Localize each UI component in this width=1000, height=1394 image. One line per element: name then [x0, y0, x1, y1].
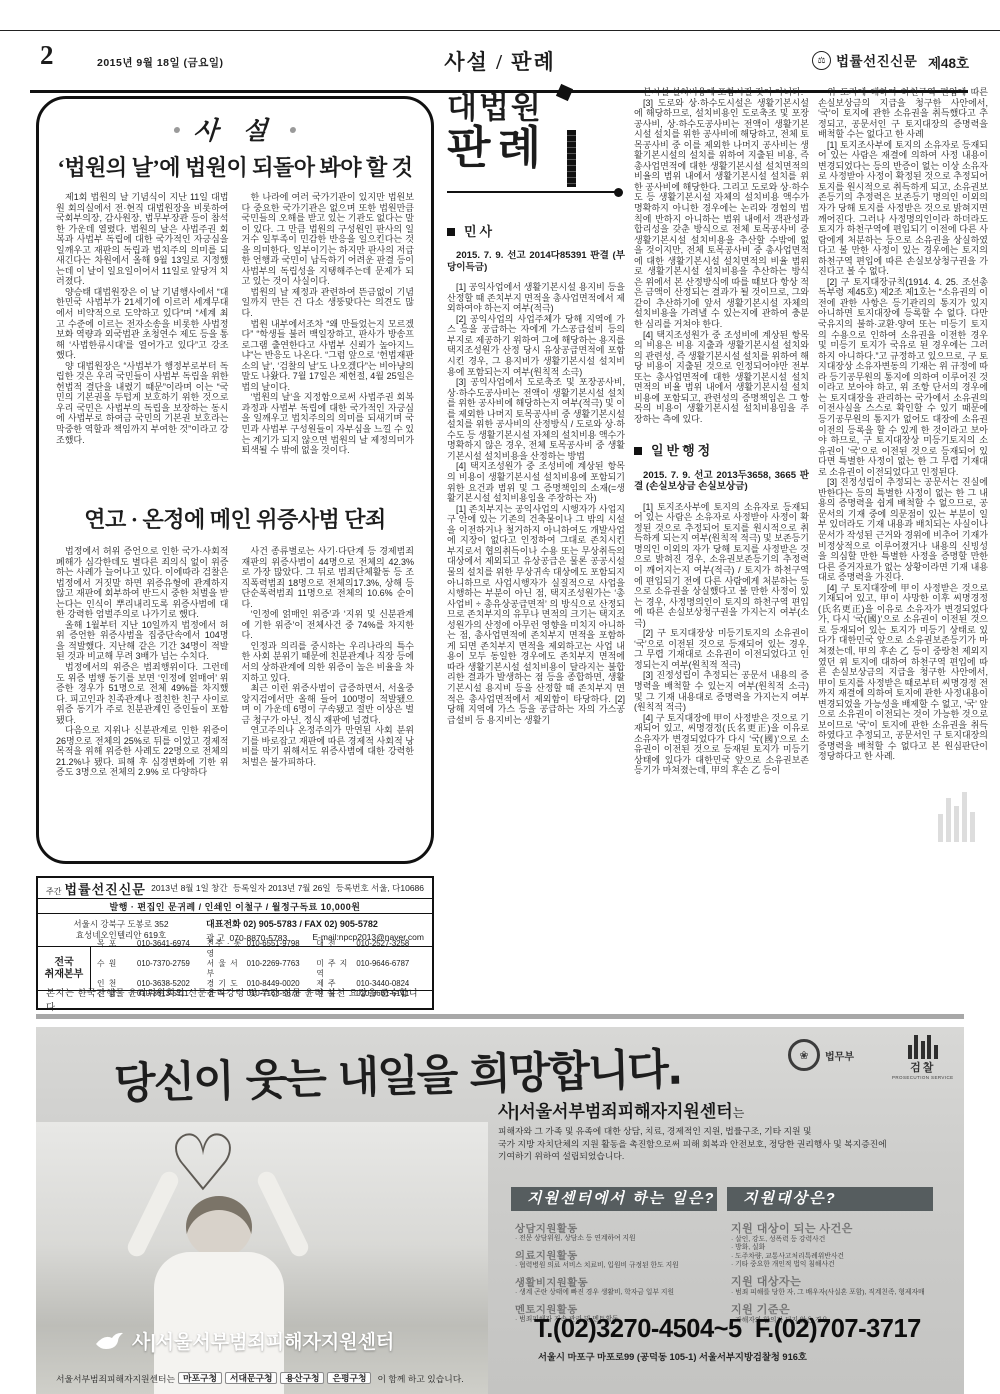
case-column-1: 2015. 7. 9. 선고 2014다85391 판결 (부당이득금) [1]…	[447, 250, 625, 864]
phone-number: T.(02)3270-4504~5	[534, 1315, 742, 1343]
services-box-header: 지원센터에서 하는 일은?	[511, 1187, 717, 1211]
caption-prefix: 서울서부범죄피해자지원센터는	[56, 1372, 175, 1385]
civil-case-text-cont: 본시설 설치비용에 포함시킬 것이 아니다.[3] 도로와 상·하수도시설은 생…	[634, 87, 809, 425]
ad-item-title: 지원 대상이 되는 사건은	[731, 1220, 935, 1236]
ad-item-title: 지원 대상자는	[731, 1273, 935, 1289]
issue-number: 제48호	[928, 52, 969, 72]
targets-box-header: 지원대상은?	[727, 1187, 933, 1211]
caption-suffix: 이 함께 하고 있습니다.	[377, 1372, 463, 1385]
paragraph: 제1회 법원의 날 기념식이 지난 11일 대법원 회의실에서 전·현직 대법원…	[56, 192, 229, 287]
case-column-2: 본시설 설치비용에 포함시킬 것이 아니다.[3] 도로와 상·하수도시설은 생…	[634, 87, 809, 866]
ad-bottom-caption: 서울서부범죄피해자지원센터는 마포구청서대문구청용산구청은평구청 이 함께 하고…	[56, 1372, 464, 1385]
ad-item-title: 상담지원활동	[515, 1220, 717, 1235]
support-center-intro: 피해자와 그 가족 및 유족에 대한 상담, 치료, 경제적인 지원, 법률구조…	[498, 1125, 964, 1163]
support-center-footer-name: 사|서울서부범죄피해자지원센터	[94, 1327, 394, 1354]
masthead-ethics-line: 본지는 한국간행물 윤리위원회의 신문윤리강령 및 주간 신문 윤리 실천 요강…	[38, 991, 432, 1006]
masthead-box: 주간법률선진신문 2013년 8월 1일 창간 등록일자 2013년 7월 26…	[36, 876, 434, 1010]
paragraph: 인정과 의리를 중시하는 우리나라의 특수한 사회 분위기 때문에 친분관계나 …	[242, 641, 415, 683]
logo-rule-dot-icon	[614, 188, 623, 197]
ad-item-bullet: · 범죄 피해를 당한 자, 그 배우자(사실혼 포함), 직계친족, 형제자매	[731, 1289, 935, 1298]
editorial1-body: 제1회 법원의 날 기념식이 지난 11일 대법원 회의실에서 전·현직 대법원…	[56, 192, 414, 482]
bureau-entry: 진주 · 통영010-6551-9798	[207, 939, 317, 959]
prosecution-label: 검찰	[892, 1059, 954, 1075]
section-admin: 일반행정	[634, 440, 809, 459]
supreme-court-precedents-logo: 대법원 판례	[447, 93, 582, 170]
gu-office-pill: 용산구청	[280, 1372, 324, 1384]
prosecution-sublabel: PROSECUTION SERVICE	[892, 1075, 954, 1080]
newspaper-page: 2 2015년 9월 18일 (금요일) 사설 / 판례 ⚖ 법률선진신문 제4…	[0, 0, 1000, 1394]
child-head	[186, 1196, 252, 1258]
bureau-entry: 서 울 서 부010-2269-7763	[207, 959, 317, 979]
ad-address: 서울시 마포구 마포로99 (공덕동 105-1) 서울서부지방검찰청 916호	[538, 1349, 807, 1363]
admin-case-text-cont: 위 토지에 대하여 하천구역 편입에 따른 손실보상금의 지급을 청구한 사안에…	[818, 87, 988, 762]
masthead-paper-name: 법률선진신문	[64, 882, 145, 897]
kicker-label: 사 설	[193, 117, 277, 145]
section-civil-label: 민사	[464, 224, 495, 239]
bureau-entry: 목 포010-3641-6974	[97, 939, 207, 959]
paragraph: 본시설 설치비용에 포함시킬 것이 아니다.	[634, 87, 809, 98]
ad-item-bullet: · 도주차량, 교통사고처리특례위반사건	[731, 1253, 935, 1262]
center-name: 서울서부범죄피해자지원센터	[519, 1102, 733, 1121]
dove-icon	[94, 1330, 124, 1352]
paragraph: [4] 구 토지대장에 甲이 사정받은 것으로 기재되어 있고, 甲이 사망한 …	[818, 583, 988, 762]
paragraph: 위 토지에 대하여 하천구역 편입에 따른 손실보상금의 지급을 청구한 사안에…	[818, 87, 988, 140]
paragraph: 법원 내부에서조차 “왜 만들었는지 모르겠다” “학생들 불러 백일장하고, …	[242, 319, 415, 393]
advertisement: 당신이 웃는 내일을 희망합니다. ❀ 법무부 검찰 PROSECUTION S…	[36, 1027, 964, 1394]
ad-item-bullet: · 방화, 실화	[731, 1244, 935, 1253]
prosecution-watermark-icon	[938, 792, 975, 842]
gu-office-pill: 마포구청	[178, 1372, 222, 1384]
logo-side-bar	[567, 130, 576, 187]
gu-office-pill: 서대문구청	[225, 1372, 278, 1384]
caption-gus: 마포구청서대문구청용산구청은평구청	[178, 1373, 375, 1384]
ad-item-bullet: · 협력병원 의료 서비스 치료비, 입원비 규정된 한도 지원	[515, 1262, 717, 1271]
paragraph: [4] 구 토지대장에 甲이 사정받은 것으로 기재되어 있고, 씨명경정(氏名…	[634, 713, 809, 776]
paragraph: 올해 1월부터 지난 10일까지 법정에서 허위 증언한 위증사범을 집중단속에…	[56, 620, 229, 662]
paragraph: [3] 진정성립이 추정되는 공문서는 진실에 반한다는 등의 특별한 사정이 …	[818, 477, 988, 582]
case-column-3: 위 토지에 대하여 하천구역 편입에 따른 손실보상금의 지급을 청구한 사안에…	[818, 87, 988, 866]
paragraph: [1] 토지조사부에 토지의 소유자로 등재되어 있는 사람은 소유자로 사정받…	[634, 502, 809, 629]
ad-item-title: 생활비지원활동	[515, 1274, 717, 1289]
paragraph: [3] 도로와 상·하수도시설은 생활기본시설에 해당하므로, 설치비용인 도로…	[634, 98, 809, 330]
ministry-emblem-icon: ❀	[788, 1039, 820, 1071]
paragraph: 법정에서의 위증은 범죄행위이다. 그런데도 위증 범행 동기를 보면 ‘인정에…	[56, 662, 229, 725]
heart-hands-icon: ♡	[168, 1118, 238, 1209]
paragraph: 최근 이런 위증사범이 급증하면서, 서울중앙지검에서만 올해 들어 100명이…	[242, 683, 415, 725]
support-center-heading: 사|서울서부범죄피해자지원센터는	[498, 1097, 744, 1122]
bureau-entry: 대 전010-2527-3258	[316, 939, 426, 959]
masthead-row-registration: 주간법률선진신문 2013년 8월 1일 창간 등록일자 2013년 7월 26…	[38, 878, 432, 899]
ad-item-bullet: · 기타 중요한 개인적 법익 침해사건	[731, 1261, 935, 1270]
admin-case-title: 2015. 7. 9. 선고 2013두3658, 3665 판결 (손실보상금…	[634, 470, 809, 493]
ad-phone-numbers: T.(02)3270-4504~5 F.(02)707-3717	[534, 1315, 921, 1344]
paragraph: 한 나라에 여러 국가기관이 있지만 법원보다 중요한 국가기관은 없으며 또한…	[242, 192, 415, 287]
paragraph: [2] 공익사업의 사업주체가 당해 지역에 가스 등을 공급하는 자에게 가스…	[447, 314, 625, 377]
paper-emblem-icon: ⚖	[812, 51, 831, 70]
editorial-kicker: 사 설	[38, 111, 433, 147]
admin-case-text: [1] 토지조사부에 토지의 소유자로 등재되어 있는 사람은 소유자로 사정받…	[634, 502, 809, 776]
ad-item-bullet: · 살인, 강도, 성폭력 등 강력사건	[731, 1236, 935, 1245]
paper-brand: ⚖ 법률선진신문	[812, 50, 917, 70]
editorial2-body: 법정에서 허위 증언으로 인한 국가·사회적 폐해가 심각한데도 별다른 죄의식…	[56, 546, 414, 842]
fax-number: F.(02)707-3717	[755, 1315, 921, 1343]
editorial-box: 사 설 ‘법원의 날’에 법원이 되돌아 봐야 할 것 제1회 법원의 날 기념…	[36, 96, 434, 864]
prosecution-bars-icon	[892, 1035, 954, 1059]
paragraph: ‘인정에 얽매인 위증’과 ‘지위 및 신분관계에 기한 위증’이 전체사건 중…	[242, 609, 415, 641]
masthead-publisher-line: 발행 · 편집인 문귀례 / 인쇄인 이철구 / 월정구독료 10,000원	[38, 899, 432, 914]
civil-case-text: [1] 공익사업에서 생활기본시설 용지비 등을 산정할 때 존치부지 면적을 …	[447, 282, 625, 725]
main-telephone: 대표전화 02) 905-5783 / FAX 02) 905-5782	[206, 917, 424, 930]
ad-item-title: 멘토지원활동	[515, 1301, 717, 1316]
paragraph: [1] 존치부지는 공익사업의 시행자가 사업지구 안에 있는 기존의 건축물이…	[447, 504, 625, 725]
ad-item-bullet: · 생계 곤란 상태에 빠진 경우 생활비, 학자금 일부 지원	[515, 1289, 717, 1298]
ad-item-bullet: · 전문 상담위원, 상담소 등 연계하여 지원	[515, 1235, 717, 1244]
paragraph: 법원의 날 제정과 관련하여 뜬금없이 기념일까지 만든 건 다소 생뚱맞다는 …	[242, 287, 415, 319]
masthead-weekly: 주간	[46, 887, 61, 896]
section-bullet-icon	[634, 447, 642, 455]
civil-case-title: 2015. 7. 9. 선고 2014다85391 판결 (부당이득금)	[447, 250, 625, 273]
paragraph: [3] 진정성립이 추정되는 공문서 내용의 증명력을 배척할 수 있는지 여부…	[634, 670, 809, 712]
paragraph: 연고주의나 온정주의가 만연된 사회 분위기를 바로잡고 재판에 따른 경제적 …	[242, 725, 415, 767]
paragraph: 피해자와 그 가족 및 유족에 대한 상담, 치료, 경제적인 지원, 법률구조…	[498, 1125, 964, 1138]
footer-name-text: 사|서울서부범죄피해자지원센터	[132, 1327, 394, 1354]
services-list: 상담지원활동· 전문 상담위원, 상담소 등 연계하여 지원의료지원활동· 협력…	[515, 1216, 717, 1324]
paragraph: [4] 택지조성원가 중 조성비에 계상된 항목의 비용은 비용 지출과 생활기…	[634, 330, 809, 425]
paragraph: 양승태 대법원장은 이 날 기념행사에서 “대한민국 사법부가 21세기에 이르…	[56, 287, 229, 361]
editorial2-headline: 연고 · 온정에 메인 위증사범 단죄	[39, 503, 431, 534]
gu-office-pill: 은평구청	[327, 1372, 371, 1384]
section-admin-label: 일반행정	[651, 443, 713, 458]
logo-rule	[447, 191, 619, 193]
masthead-registered: 등록일자 2013년 7월 26일	[233, 882, 331, 894]
kicker-dot-icon	[174, 127, 180, 133]
ad-item-title: 의료지원활동	[515, 1247, 717, 1262]
paragraph: 기여하기 위하여 설립되었습니다.	[498, 1150, 964, 1163]
paragraph: [1] 공익사업에서 생활기본시설 용지비 등을 산정할 때 존치부지 면적을 …	[447, 282, 625, 314]
bureau-entry: 수 원010-7370-2759	[97, 959, 207, 979]
center-prefix: 사|	[498, 1102, 519, 1121]
section-civil: 민사	[447, 221, 495, 240]
prosecution-service-logo: 검찰 PROSECUTION SERVICE	[892, 1035, 954, 1080]
paragraph: 국가 지방 자치단체의 지원 활동을 촉진함으로써 피해 회복과 안전보호, 정…	[498, 1138, 964, 1151]
child-arm	[255, 1169, 312, 1260]
paragraph: 사건 종류별로는 사기·다단계 등 경제범죄 재판의 위증사범이 44명으로 전…	[242, 546, 415, 609]
masthead-reg-no: 등록번호 서울, 다10686	[336, 882, 424, 894]
paragraph: [1] 토지조사부에 토지의 소유자로 등재되어 있는 사람은 재결에 의하여 …	[818, 140, 988, 277]
masthead-founded: 2013년 8월 1일 창간	[151, 882, 228, 894]
paragraph: [2] 구 토지대장규칙(1914. 4. 25. 조선총독부령 제45호) 제…	[818, 277, 988, 477]
paper-name: 법률선진신문	[836, 50, 917, 70]
paragraph: 법정에서 허위 증언으로 인한 국가·사회적 폐해가 심각한데도 별다른 죄의식…	[56, 546, 229, 620]
kicker-dot-icon	[290, 127, 296, 133]
ministry-of-justice-logo: ❀ 법무부	[788, 1039, 854, 1071]
paragraph: 양 대법원장은 “사법부가 행정부로부터 독립한 것은 우리 국민들이 사법부 …	[56, 361, 229, 445]
top-rule	[0, 30, 1000, 31]
center-suffix: 는	[733, 1106, 745, 1120]
section-divider	[36, 1014, 964, 1019]
paragraph: 다음으로 지위나 신분관계로 인한 위증이 26명으로 전체의 25%로 뒤를 …	[56, 725, 229, 778]
paragraph: [3] 공익사업에서 도로축조 및 포장공사비, 상·하수도공사비는 전액이 생…	[447, 377, 625, 461]
targets-list: 지원 대상이 되는 사건은· 살인, 강도, 성폭력 등 강력사건· 방화, 실…	[731, 1216, 935, 1324]
paragraph: [4] 택지조성원가 중 조성비에 계상된 항목의 비용이 생활기본시설 설치비…	[447, 461, 625, 503]
ministry-label: 법무부	[825, 1048, 854, 1063]
editorial1-headline: ‘법원의 날’에 법원이 되돌아 봐야 할 것	[39, 151, 431, 182]
paragraph: ‘법원의 날’을 지정함으로써 사법주권 회복과정과 사법부 독립에 대한 국가…	[242, 392, 415, 455]
section-bullet-icon	[447, 228, 455, 236]
bureau-entry: 미 주 지 역010-9646-6787	[316, 959, 426, 979]
address-line1: 서울시 강북구 도봉로 352	[46, 919, 196, 930]
paragraph: [2] 구 토지대장상 미등기토지의 소유권이 ‘국’으로 이전된 것으로 등재…	[634, 628, 809, 670]
logo-line2: 판례	[447, 125, 582, 170]
